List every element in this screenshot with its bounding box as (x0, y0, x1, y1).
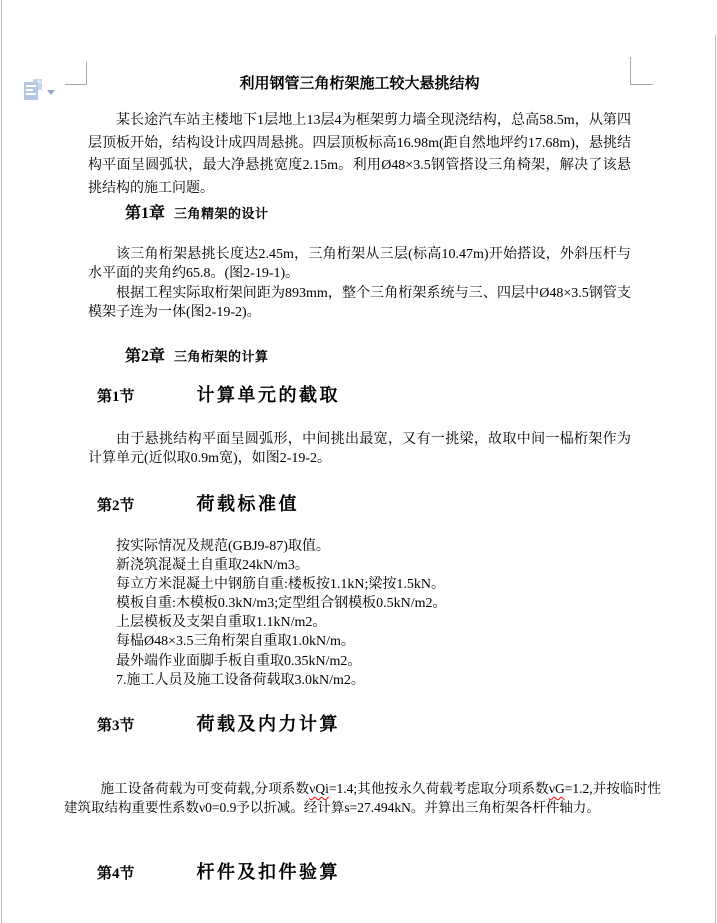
crop-mark-top-left (86, 62, 87, 85)
section-3-body: 施工设备荷载为可变荷载,分项系数νQi=1.4;其他按永久荷载考虑取分项系数νG… (64, 779, 661, 818)
chapter-number: 第2章 (125, 343, 165, 366)
crop-mark-top-right (630, 84, 653, 85)
paragraph-text: 由于悬挑结构平面呈圆弧形，中间挑出最宽，又有一挑梁，故取中间一榀桁架作为计算单元… (88, 430, 631, 469)
list-item: 每立方米混凝土中钢筋自重:楼板按1.1kN;梁按1.5kN。 (88, 575, 631, 594)
section-title: 杆件及扣件验算 (197, 858, 341, 884)
list-item: 按实际情况及规范(GBJ9-87)取值。 (88, 537, 631, 556)
section-number: 第2节 (97, 494, 135, 515)
section-4-heading: 第4节 杆件及扣件验算 (97, 858, 340, 884)
chapter-2-heading: 第2章 三角桁架的计算 (125, 343, 269, 366)
crop-mark-top-left (65, 84, 87, 85)
spellcheck-marked-text: νG (549, 781, 565, 796)
paragraph-text: 施工设备荷载为可变荷载,分项系数 (100, 781, 309, 796)
section-title: 荷载及内力计算 (197, 710, 341, 736)
chapter-1-heading: 第1章 三角精架的设计 (125, 200, 269, 223)
paragraph-text: 该三角桁架悬挑长度达2.45m，三角桁架从三层(标高10.47m)开始搭设，外斜… (88, 245, 631, 284)
section-2-heading: 第2节 荷载标准值 (97, 490, 299, 516)
chapter-title: 三角精架的设计 (174, 203, 269, 222)
chapter-title: 三角桁架的计算 (174, 346, 269, 365)
section-1-body: 由于悬挑结构平面呈圆弧形，中间挑出最宽，又有一挑梁，故取中间一榀桁架作为计算单元… (88, 430, 631, 469)
section-1-heading: 第1节 计算单元的截取 (97, 381, 340, 407)
load-values-list: 按实际情况及规范(GBJ9-87)取值。 新浇筑混凝土自重取24kN/m3。 每… (88, 537, 631, 690)
paragraph-text: 某长途汽车站主楼地下1层地上13层4为框架剪力墙全现浇结构，总高58.5m，从第… (88, 110, 631, 200)
section-number: 第1节 (97, 385, 135, 406)
section-number: 第3节 (97, 714, 135, 735)
spellcheck-marked-text: νQi (309, 781, 329, 796)
paragraph-text: 根据工程实际取桁架间距为893mm，整个三角桁架系统与三、四层中Ø48×3.5钢… (88, 284, 631, 323)
list-item: 最外端作业面脚手板自重取0.35kN/m2。 (88, 652, 631, 671)
dropdown-arrow-icon[interactable] (47, 90, 55, 95)
document-title: 利用钢管三角桁架施工较大悬挑结构 (88, 74, 631, 94)
section-title: 荷载标准值 (197, 490, 300, 516)
list-item: 模板自重:木模板0.3kN/m3;定型组合钢模板0.5kN/m2。 (88, 594, 631, 613)
document-page: 利用钢管三角桁架施工较大悬挑结构 某长途汽车站主楼地下1层地上13层4为框架剪力… (0, 0, 717, 923)
page-edge-left (1, 0, 2, 923)
chapter-1-body: 该三角桁架悬挑长度达2.45m，三角桁架从三层(标高10.47m)开始搭设，外斜… (88, 245, 631, 323)
page-edge-right (715, 35, 716, 923)
section-number: 第4节 (97, 862, 135, 883)
list-item: 新浇筑混凝土自重取24kN/m3。 (88, 556, 631, 575)
list-item: 上层模板及支架自重取1.1kN/m2。 (88, 613, 631, 632)
paste-options-icon[interactable] (23, 78, 45, 102)
chapter-number: 第1章 (125, 200, 165, 223)
list-item: 7.施工人员及施工设备荷载取3.0kN/m2。 (88, 671, 631, 690)
intro-paragraph: 某长途汽车站主楼地下1层地上13层4为框架剪力墙全现浇结构，总高58.5m，从第… (88, 110, 631, 200)
paragraph-text: =1.4;其他按永久荷载考虑取分项系数 (329, 781, 549, 796)
section-3-heading: 第3节 荷载及内力计算 (97, 710, 340, 736)
section-title: 计算单元的截取 (197, 381, 341, 407)
list-item: 每榀Ø48×3.5三角桁架自重取1.0kN/m。 (88, 632, 631, 651)
